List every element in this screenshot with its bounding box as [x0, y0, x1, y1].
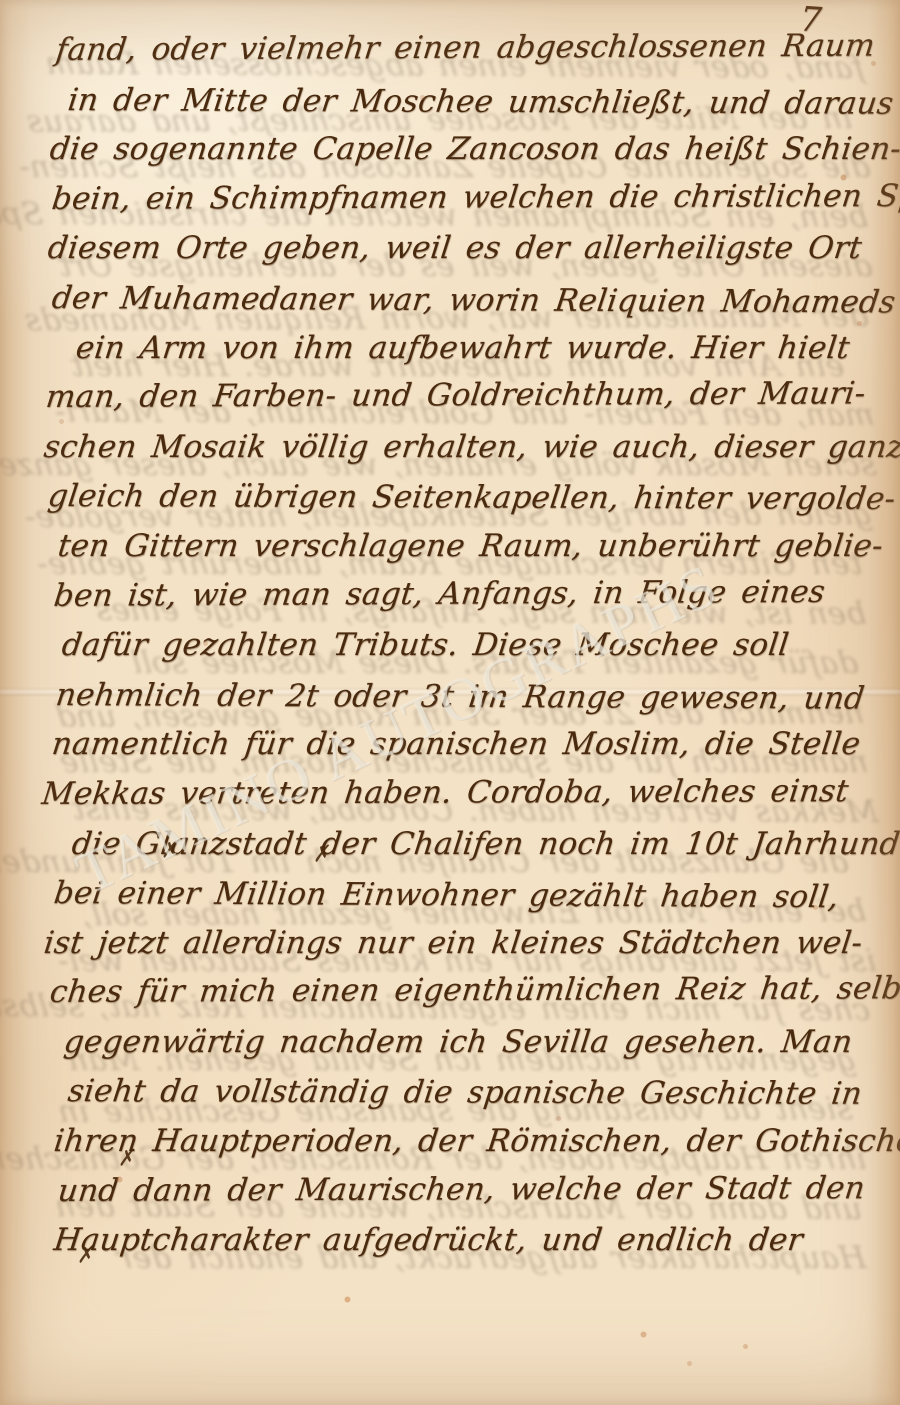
page-number: 7 [799, 0, 823, 41]
manuscript-line: ches für mich einen eigenthümlichen Reiz… [39, 965, 897, 1018]
manuscript-line: ihren Hauptperioden, der Römischen, der … [39, 1117, 897, 1167]
manuscript-line: gegenwärtig nachdem ich Sevilla gesehen.… [39, 1018, 897, 1068]
manuscript-line: ist jetzt allerdings nur ein kleines Stä… [39, 919, 897, 969]
manuscript-page: fand, oder vielmehr einen abgeschlossene… [0, 0, 900, 1405]
insertion-mark: ✗ [310, 841, 331, 867]
manuscript-line: und dann der Maurischen, welche der Stad… [39, 1164, 897, 1217]
manuscript-line: nehmlich der 2t oder 3t im Range gewesen… [39, 671, 897, 724]
manuscript-line: in der Mitte der Moschee umschließt, und… [39, 76, 897, 129]
age-spots [0, 0, 3, 3]
manuscript-line: Mekkas vertreten haben. Cordoba, welches… [39, 767, 897, 820]
manuscript-line: diesem Orte geben, weil es der allerheil… [39, 224, 897, 274]
manuscript-line: man, den Farben- und Goldreichthum, der … [39, 369, 897, 422]
manuscript-line: dafür gezahlten Tributs. Diese Moschee s… [39, 621, 897, 671]
insertion-mark: ✗ [115, 1145, 136, 1171]
manuscript-line: ten Gittern verschlagene Raum, unberührt… [39, 522, 897, 572]
manuscript-lines: fand, oder vielmehr einen abgeschlossene… [42, 26, 894, 1266]
manuscript-text-layer: fand, oder vielmehr einen abgeschlossene… [42, 26, 894, 1266]
insertion-mark: ✗ [158, 837, 179, 863]
manuscript-line: Hauptcharakter aufgedrückt, und endlich … [39, 1216, 897, 1266]
manuscript-line: ben ist, wie man sagt, Anfangs, in Folge… [39, 567, 897, 621]
manuscript-line: schen Mosaik völlig erhalten, wie auch, … [39, 423, 897, 473]
insertion-mark: ✗ [74, 1242, 95, 1268]
manuscript-line: sieht da vollständig die spanische Gesch… [39, 1067, 897, 1120]
manuscript-line: ein Arm von ihm aufbewahrt wurde. Hier h… [39, 324, 897, 374]
manuscript-line: fand, oder vielmehr einen abgeschlossene… [39, 22, 897, 76]
manuscript-line: der Muhamedaner war, worin Reliquien Moh… [39, 274, 897, 328]
manuscript-line: namentlich für die spanischen Moslim, di… [39, 720, 897, 770]
manuscript-line: bein, ein Schimpfnamen welchen die chris… [39, 172, 897, 225]
manuscript-line: die sogenannte Capelle Zancoson das heiß… [39, 125, 897, 175]
manuscript-line: gleich den übrigen Seitenkapellen, hinte… [39, 472, 897, 525]
manuscript-line: bei einer Million Einwohner gezählt habe… [39, 869, 897, 923]
